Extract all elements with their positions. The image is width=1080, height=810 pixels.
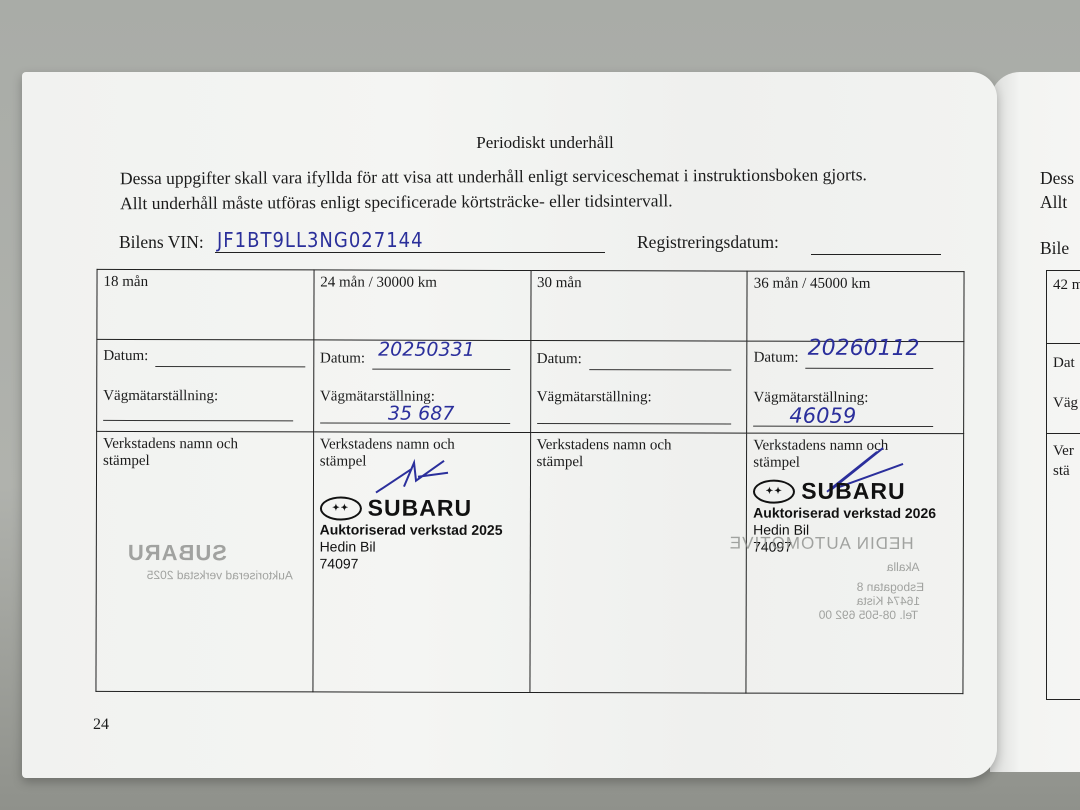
stamp-brand: SUBARU xyxy=(801,478,905,505)
odometer-field[interactable] xyxy=(103,420,293,421)
subaru-logo-icon: ✦✦ xyxy=(753,479,795,503)
show-through-street: Esbogatan 8 xyxy=(857,580,924,594)
odometer-label: Vägmätarställning: xyxy=(103,388,218,405)
stamp-line-1: Auktoriserad verkstad 2026 xyxy=(753,505,936,522)
signature-mark xyxy=(374,457,454,497)
workshop-label: Verkstadens namn och stämpel xyxy=(103,436,263,470)
registration-label: Registreringsdatum: xyxy=(637,232,779,253)
date-label: Datum: xyxy=(320,350,365,367)
intro-text: Dessa uppgifter skall vara ifyllda för a… xyxy=(120,162,960,216)
interval-heading: 18 mån xyxy=(97,269,314,340)
next-page-table: 42 m Dat Väg Ver stä xyxy=(1046,270,1080,700)
show-through-zip: 16474 Kista xyxy=(857,594,920,608)
date-field[interactable] xyxy=(589,369,731,370)
date-field[interactable] xyxy=(155,366,305,367)
intro-line-1: Dessa uppgifter skall vara ifyllda för a… xyxy=(120,162,960,191)
service-cell-2: Datum: 20250331 Vägmätarställning: 35 68… xyxy=(313,340,530,433)
next-page-heading: 42 m xyxy=(1053,277,1080,294)
odometer-value[interactable]: 46059 xyxy=(789,404,856,428)
date-value[interactable]: 20250331 xyxy=(378,339,475,361)
show-through-city: Akalla xyxy=(887,560,920,574)
maintenance-table: 18 mån 24 mån / 30000 km 30 mån 36 mån /… xyxy=(95,269,964,694)
workshop-cell-1: Verkstadens namn och stämpel SUBARU Aukt… xyxy=(96,431,313,692)
intro-line-2: Allt underhåll måste utföras enligt spec… xyxy=(120,187,960,216)
odometer-label: Vägmätarställning: xyxy=(537,389,652,406)
date-label: Datum: xyxy=(754,350,799,367)
service-cell-1: Datum: Vägmätarställning: xyxy=(97,339,314,432)
page-title: Periodiskt underhåll xyxy=(0,133,1080,153)
odometer-field[interactable] xyxy=(537,423,731,425)
interval-heading: 24 mån / 30000 km xyxy=(314,270,531,341)
vin-label: Bilens VIN: xyxy=(119,232,204,253)
show-through-company: HEDIN AUTOMOTIVE xyxy=(729,534,914,554)
show-through-phone: Tel. 08-505 692 00 xyxy=(819,608,918,622)
stamp-line-2: Hedin Bil xyxy=(320,538,503,555)
interval-heading: 30 mån xyxy=(530,271,747,342)
date-label: Datum: xyxy=(537,351,582,368)
stamp-line-3: 74097 xyxy=(320,555,503,572)
next-page-workshop: Ver xyxy=(1053,443,1074,460)
stamp-brand: SUBARU xyxy=(368,495,472,522)
subaru-logo-icon: ✦✦ xyxy=(320,496,362,520)
stamp-line-1: Auktoriserad verkstad 2025 xyxy=(320,521,503,538)
date-underline xyxy=(806,368,934,369)
workshop-cell-2: Verkstadens namn och stämpel ✦✦SUBARU Au… xyxy=(313,432,530,693)
show-through-text: Auktoriserad verkstad 2025 xyxy=(147,568,293,582)
next-page-text: Bile xyxy=(1040,238,1069,259)
date-label: Datum: xyxy=(103,348,148,365)
workshop-stamp: ✦✦SUBARU Auktoriserad verkstad 2025 Hedi… xyxy=(320,494,503,572)
date-underline xyxy=(372,369,510,370)
next-page-text: Allt xyxy=(1040,192,1067,213)
service-cell-3: Datum: Vägmätarställning: xyxy=(530,341,747,434)
page-number: 24 xyxy=(93,716,109,734)
next-page-odometer: Väg xyxy=(1053,395,1078,412)
show-through-brand: SUBARU xyxy=(127,540,227,566)
workshop-cell-3: Verkstadens namn och stämpel xyxy=(529,433,746,694)
date-value[interactable]: 20260112 xyxy=(808,336,920,361)
workshop-label: Verkstadens namn och stämpel xyxy=(537,437,697,471)
interval-heading: 36 mån / 45000 km xyxy=(747,271,964,342)
next-page-workshop: stä xyxy=(1053,463,1070,480)
next-page-text: Dess xyxy=(1040,168,1074,189)
workshop-cell-4: Verkstadens namn och stämpel ✦✦SUBARU Au… xyxy=(746,433,963,694)
vin-value[interactable]: JF1BT9LL3NG027144 xyxy=(217,228,424,252)
registration-field[interactable] xyxy=(811,254,941,255)
odometer-value[interactable]: 35 687 xyxy=(388,403,455,425)
service-cell-4: Datum: 20260112 Vägmätarställning: 46059 xyxy=(747,341,964,434)
next-page-date: Dat xyxy=(1053,355,1075,372)
